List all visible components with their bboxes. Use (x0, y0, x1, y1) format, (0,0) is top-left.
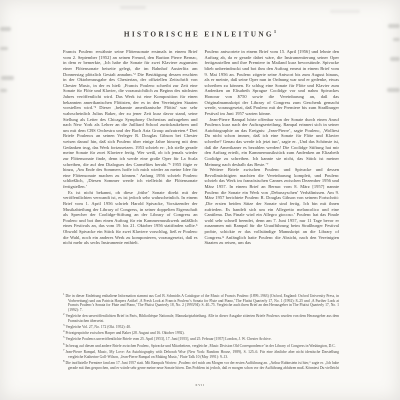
scan-artifact (330, 10, 360, 13)
scanned-page: HISTORISCHE EINLEITUNG1 Francis Poulenc … (0, 0, 400, 400)
page-title: HISTORISCHE EINLEITUNG1 (0, 29, 400, 38)
scan-artifact (388, 24, 400, 28)
footnote-text: Jean-Pierre Rampal, Music, My Love: An A… (65, 350, 339, 359)
footnote-text: Die in dieser Einleitung enthaltene Info… (65, 294, 339, 312)
footnote: 2Vergleiche den unveröffentlichten Brief… (63, 313, 339, 323)
paragraph: Es ist nicht bekannt, ob diese ‚frühe’ S… (63, 190, 198, 246)
text-columns: Francis Poulenc erwähnte seine Flötenson… (63, 49, 339, 289)
scan-artifact (390, 57, 400, 61)
paragraph: Poulenc antwortete in einem Brief vom 15… (205, 49, 340, 117)
footnotes-section: 1Die in dieser Einleitung enthaltene Inf… (63, 293, 339, 371)
page-title-text: HISTORISCHE EINLEITUNG (124, 29, 274, 38)
footnote: 5Vergleiche Poulencs unveröffentlichte B… (63, 336, 339, 342)
footnote-text: Vergleiche den unveröffentlichten Brief … (65, 314, 339, 323)
paragraph: Weitere Briefe zwischen Poulenc und Spiv… (205, 167, 340, 246)
paragraph: Francis Poulenc erwähnte seine Flötenson… (63, 49, 198, 190)
right-column: Poulenc antwortete in einem Brief vom 15… (205, 49, 340, 289)
left-column: Francis Poulenc erwähnte seine Flötenson… (63, 49, 198, 289)
footnote: 3Vergleiche Vol. 27, No. 172 (Okt. 1952)… (63, 324, 339, 330)
footnote-text: Privatgespräche zwischen Harper und Bake… (65, 331, 184, 335)
footnote: 7Jean-Pierre Rampal, Music, My Love: An … (63, 349, 339, 359)
footnote-text: Vergleiche Poulencs unveröffentlichte Br… (65, 338, 271, 342)
scan-artifact (393, 38, 400, 41)
scan-artifact (0, 47, 8, 50)
paragraph: Jean-Pierre Rampal hörte offenbar von de… (205, 117, 340, 168)
title-footnote-ref: 1 (274, 29, 276, 34)
footnote: 8Die inoffizielle Premiere fand am 17. J… (63, 360, 339, 371)
scan-artifact (0, 89, 7, 92)
footnote-text: Vergleiche Vol. 27, No. 172 (Okt. 1952):… (65, 325, 131, 329)
footnote: 4Privatgespräche zwischen Harper und Bak… (63, 330, 339, 336)
footnote-text: Die inoffizielle Premiere fand am 17. Ju… (65, 361, 339, 371)
footnote: 1Die in dieser Einleitung enthaltene Inf… (63, 293, 339, 312)
scan-artifact (387, 88, 400, 92)
footnote-text: In bezug auf diesen und andere Briefe zw… (65, 344, 335, 348)
scan-artifact (120, 6, 146, 9)
footnote: 6In bezug auf diesen und andere Briefe z… (63, 343, 339, 349)
page-number: xvii (0, 382, 400, 387)
scan-artifact (1, 76, 14, 80)
